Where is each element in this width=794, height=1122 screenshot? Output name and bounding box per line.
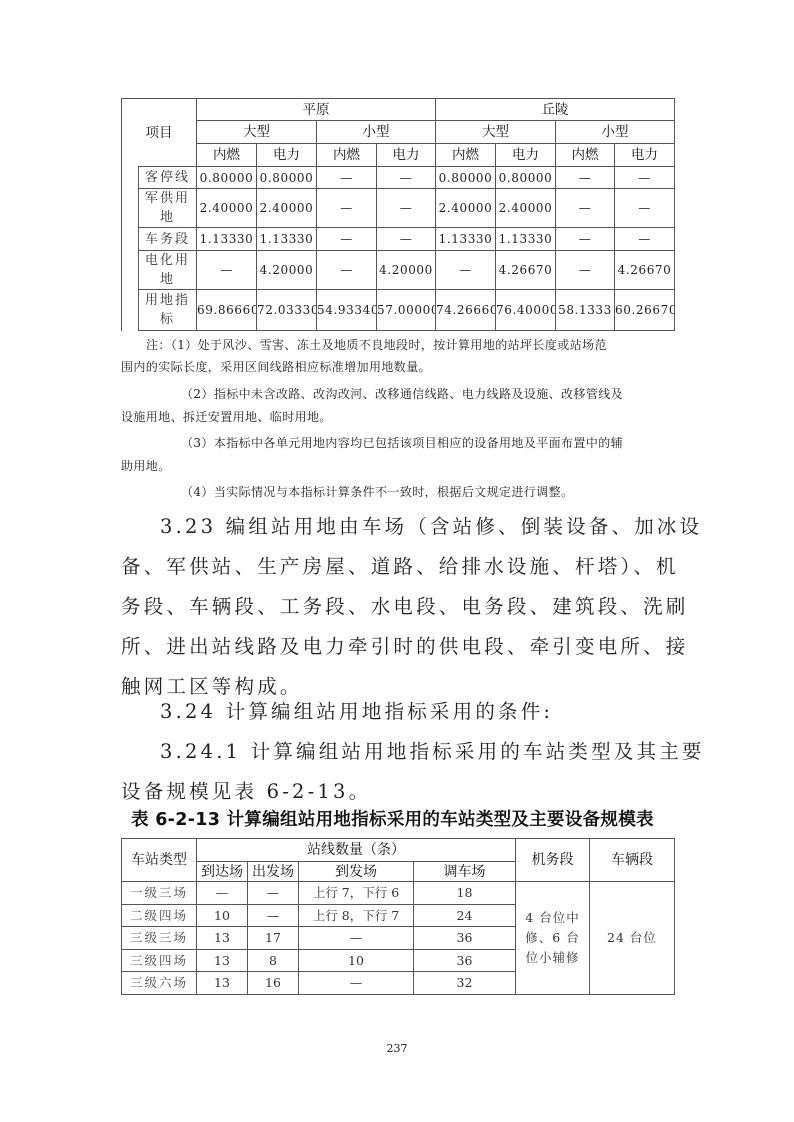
header-departure-yard: 出发场 xyxy=(248,862,299,882)
cell-value: 1.13330 xyxy=(257,228,317,251)
cell-value: 4.26670 xyxy=(496,251,556,290)
arrival-value: 13 xyxy=(197,927,248,950)
header-shunting-yard: 调车场 xyxy=(414,862,516,882)
arrival-value: — xyxy=(197,882,248,905)
shunting-value: 18 xyxy=(414,882,516,905)
table-row: 客停线 0.80000 0.80000 — — 0.80000 0.80000 … xyxy=(122,167,675,189)
table-row: 一级三场 — — 上行 7，下行 6 18 4 台位中修、6 台位小辅修 24 … xyxy=(122,882,675,905)
section-3-24-1-line-1: 3.24.1 计算编组站用地指标采用的车站类型及其主要 xyxy=(160,732,705,771)
size-header: 小型 xyxy=(317,121,436,144)
cell-value: 54.93340 xyxy=(317,290,377,331)
cell-value: 76.40000 xyxy=(496,290,556,331)
shunting-value: 24 xyxy=(414,905,516,927)
cell-value: — xyxy=(556,251,615,290)
header-car-depot: 车辆段 xyxy=(590,839,675,882)
cell-value: — xyxy=(615,167,675,189)
cell-value: — xyxy=(317,251,377,290)
cell-value: — xyxy=(556,167,615,189)
section-3-23-line-4: 所、进出站线路及电力牵引时的供电段、牵引变电所、接 xyxy=(121,627,689,666)
note-4-line-1: （4）当实际情况与本指标计算条件不一致时，根据后文规定进行调整。 xyxy=(181,481,573,503)
size-header: 小型 xyxy=(556,121,675,144)
land-index-table: 项目 平原 丘陵 大型 小型 大型 小型 内燃 电力 内燃 电力 内燃 电力 内… xyxy=(121,98,675,331)
cell-value: 0.80000 xyxy=(496,167,556,189)
table-row: 车务段 1.13330 1.13330 — — 1.13330 1.13330 … xyxy=(122,228,675,251)
station-type: 三级六场 xyxy=(122,972,197,995)
cell-value: — xyxy=(317,167,377,189)
cell-value: 72.03330 xyxy=(257,290,317,331)
shunting-value: 36 xyxy=(414,950,516,972)
cell-value: 1.13330 xyxy=(496,228,556,251)
cell-value: — xyxy=(377,189,436,228)
departure-value: 8 xyxy=(248,950,299,972)
station-type: 三级三场 xyxy=(122,927,197,950)
section-3-23-line-1: 3.23 编组站用地由车场（含站修、倒装设备、加冰设 xyxy=(160,507,702,546)
cell-value: 74.26660 xyxy=(436,290,496,331)
cell-value: 2.40000 xyxy=(436,189,496,228)
cell-value: 60.26670 xyxy=(615,290,675,331)
cell-value: 4.20000 xyxy=(377,251,436,290)
cell-value: — xyxy=(615,189,675,228)
header-station-type: 车站类型 xyxy=(122,839,197,882)
region-header-hilly: 丘陵 xyxy=(436,99,675,121)
corner-header: 项目 xyxy=(122,99,197,167)
arrival-value: 13 xyxy=(197,950,248,972)
cell-value: 0.80000 xyxy=(436,167,496,189)
station-type: 二级四场 xyxy=(122,905,197,927)
cell-value: — xyxy=(615,228,675,251)
row-label: 客停线 xyxy=(139,167,197,189)
note-3-line-2: 助用地。 xyxy=(121,455,171,477)
size-header: 大型 xyxy=(436,121,556,144)
cell-value: — xyxy=(317,228,377,251)
arr-dep-value: 10 xyxy=(299,950,414,972)
cell-value: 4.26670 xyxy=(615,251,675,290)
row-label: 用地指标 xyxy=(139,290,197,331)
cell-value: 2.40000 xyxy=(197,189,257,228)
section-3-23-line-2: 备、军供站、生产房屋、道路、给排水设施、杆塔）、机 xyxy=(121,547,679,586)
shunting-value: 32 xyxy=(414,972,516,995)
note-3-line-1: （3）本指标中各单元用地内容均已包括该项目相应的设备用地及平面布置中的辅 xyxy=(181,432,623,454)
size-header: 大型 xyxy=(197,121,317,144)
departure-value: — xyxy=(248,905,299,927)
region-header-plain: 平原 xyxy=(197,99,436,121)
section-3-24: 3.24 计算编组站用地指标采用的条件: xyxy=(160,692,553,731)
station-type: 三级四场 xyxy=(122,950,197,972)
table-row: 电化用地 — 4.20000 — 4.20000 — 4.26670 — 4.2… xyxy=(122,251,675,290)
cell-value: 69.86660 xyxy=(197,290,257,331)
cell-value: 57.00000 xyxy=(377,290,436,331)
traction-header: 电力 xyxy=(377,144,436,167)
station-equipment-table: 车站类型 站线数量（条） 机务段 车辆段 到达场 出发场 到发场 调车场 一级三… xyxy=(121,838,675,995)
cell-value: 58.1333 xyxy=(556,290,615,331)
departure-value: — xyxy=(248,882,299,905)
arr-dep-value: — xyxy=(299,972,414,995)
header-track-count: 站线数量（条） xyxy=(197,839,516,862)
cell-value: — xyxy=(436,251,496,290)
row-label: 电化用地 xyxy=(139,251,197,290)
arrival-value: 13 xyxy=(197,972,248,995)
note-2-line-1: （2）指标中未含改路、改沟改河、改移通信线路、电力线路及设施、改移管线及 xyxy=(181,383,623,405)
header-arrival-yard: 到达场 xyxy=(197,862,248,882)
table-caption: 表 6-2-13 计算编组站用地指标采用的车站类型及主要设备规模表 xyxy=(131,806,654,831)
indent-cell xyxy=(122,167,139,331)
section-3-23-line-3: 务段、车辆段、工务段、水电段、电务段、建筑段、洗刷 xyxy=(121,587,689,626)
traction-header: 内燃 xyxy=(556,144,615,167)
header-arr-dep-yard: 到发场 xyxy=(299,862,414,882)
arr-dep-value: 上行 8，下行 7 xyxy=(299,905,414,927)
traction-header: 内燃 xyxy=(436,144,496,167)
departure-value: 16 xyxy=(248,972,299,995)
cell-value: 0.80000 xyxy=(197,167,257,189)
traction-header: 电力 xyxy=(257,144,317,167)
traction-header: 电力 xyxy=(496,144,556,167)
cell-value: 2.40000 xyxy=(257,189,317,228)
station-type: 一级三场 xyxy=(122,882,197,905)
note-1-line-2: 围内的实际长度，采用区间线路相应标准增加用地数量。 xyxy=(121,356,431,378)
cell-value: — xyxy=(377,228,436,251)
cell-value: 1.13330 xyxy=(197,228,257,251)
arr-dep-value: 上行 7，下行 6 xyxy=(299,882,414,905)
cell-value: 1.13330 xyxy=(436,228,496,251)
table-row: 用地指标 69.86660 72.03330 54.93340 57.00000… xyxy=(122,290,675,331)
car-depot-value: 24 台位 xyxy=(590,882,675,995)
shunting-value: 36 xyxy=(414,927,516,950)
cell-value: — xyxy=(556,189,615,228)
traction-header: 电力 xyxy=(615,144,675,167)
note-1-line-1: 注：（1）处于风沙、雪害、冻土及地质不良地段时，按计算用地的站坪长度或站场范 xyxy=(146,334,607,356)
row-label: 军供用地 xyxy=(139,189,197,228)
table-row: 军供用地 2.40000 2.40000 — — 2.40000 2.40000… xyxy=(122,189,675,228)
page-number: 237 xyxy=(0,1042,794,1055)
cell-value: — xyxy=(377,167,436,189)
traction-header: 内燃 xyxy=(317,144,377,167)
locomotive-depot-value: 4 台位中修、6 台位小辅修 xyxy=(516,882,590,995)
traction-header: 内燃 xyxy=(197,144,257,167)
header-locomotive-depot: 机务段 xyxy=(516,839,590,882)
cell-value: 0.80000 xyxy=(257,167,317,189)
row-label: 车务段 xyxy=(139,228,197,251)
cell-value: — xyxy=(197,251,257,290)
note-2-line-2: 设施用地、拆迁安置用地、临时用地。 xyxy=(121,406,332,428)
cell-value: — xyxy=(556,228,615,251)
cell-value: — xyxy=(317,189,377,228)
arrival-value: 10 xyxy=(197,905,248,927)
cell-value: 2.40000 xyxy=(496,189,556,228)
cell-value: 4.20000 xyxy=(257,251,317,290)
departure-value: 17 xyxy=(248,927,299,950)
arr-dep-value: — xyxy=(299,927,414,950)
